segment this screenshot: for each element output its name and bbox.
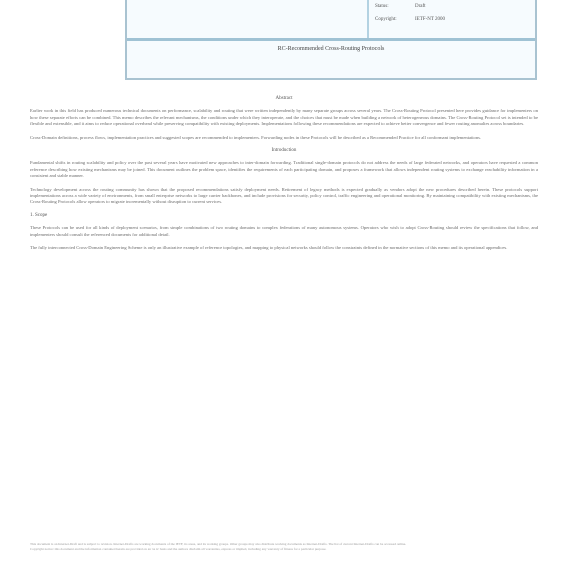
- header-top-band: Status:Draft Copyright:IETF-NT 2000: [127, 0, 535, 41]
- header-field-copyright: Copyright:IETF-NT 2000: [375, 13, 455, 26]
- paragraph: Technology development across the routin…: [30, 187, 538, 206]
- section-heading-scope: 1. Scope: [30, 213, 538, 219]
- paragraph: Earlier work in this field has produced …: [30, 108, 538, 127]
- header-field-status: Status:Draft: [375, 0, 455, 13]
- section-heading-abstract: Abstract: [30, 96, 538, 102]
- paragraph: These Protocols can be used for all kind…: [30, 225, 538, 238]
- section-heading-introduction: Introduction: [30, 148, 538, 154]
- header-left-cell: [127, 0, 369, 38]
- paragraph: Fundamental shifts in routing scalabilit…: [30, 160, 538, 179]
- document-body: Abstract Earlier work in this field has …: [30, 92, 538, 259]
- paragraph: The fully interconnected Cross-Domain En…: [30, 245, 538, 251]
- paragraph: Cross-Domain definitions, process flows,…: [30, 135, 538, 141]
- document-header-box: Status:Draft Copyright:IETF-NT 2000 RC-R…: [125, 0, 537, 80]
- header-metadata: Status:Draft Copyright:IETF-NT 2000: [375, 0, 455, 26]
- footnote: Copyright notice: this document and the …: [30, 547, 538, 552]
- footnotes: This document is an Internet-Draft and i…: [30, 542, 538, 551]
- document-title: RC-Recommended Cross-Routing Protocols: [127, 46, 535, 52]
